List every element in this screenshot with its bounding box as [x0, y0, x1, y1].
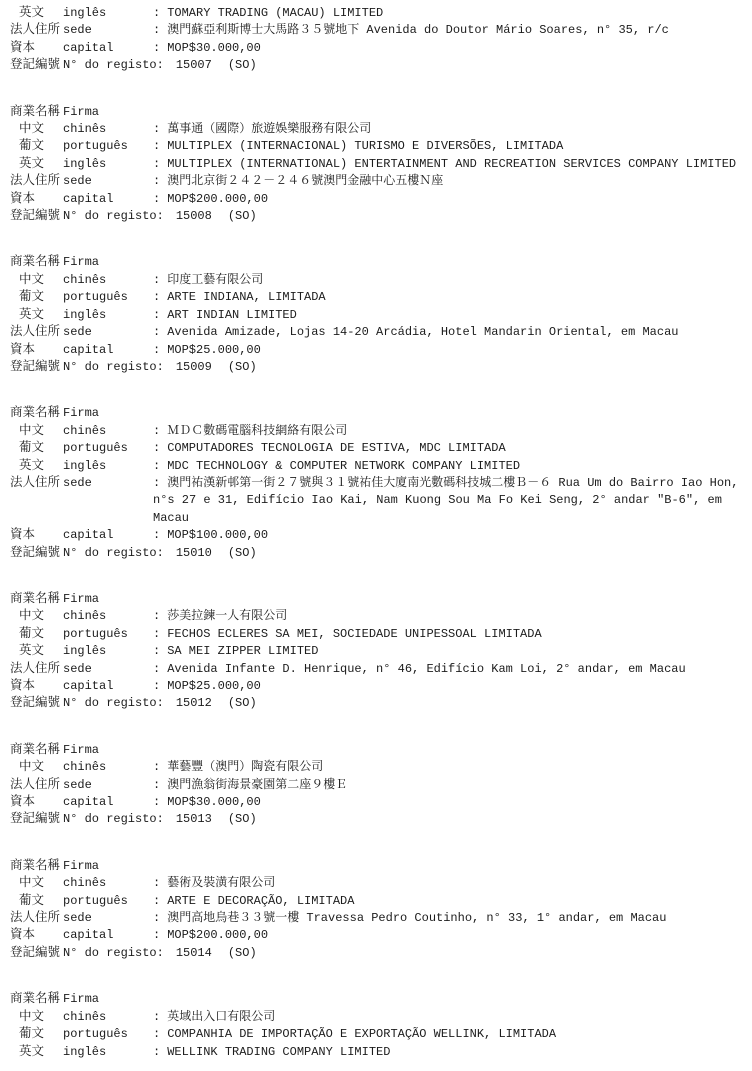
record-row: 商業名稱Firma	[10, 254, 746, 271]
colon-separator: :	[153, 191, 160, 208]
colon-separator: :	[153, 527, 160, 544]
record-row: 資本capital:MOP$200.000,00	[10, 927, 746, 944]
field-label-zh: 法人住所	[10, 475, 63, 492]
record-row: 商業名稱Firma	[10, 991, 746, 1008]
colon-separator: :	[153, 626, 160, 643]
field-label-zh: 葡文	[10, 440, 63, 457]
record-row: 商業名稱Firma	[10, 858, 746, 875]
field-label-zh: 中文	[10, 423, 63, 440]
field-value: :ARTE INDIANA, LIMITADA	[153, 289, 746, 306]
colon-separator: :	[153, 40, 160, 57]
record-row: 法人住所sede:Avenida Infante D. Henrique, n°…	[10, 661, 746, 678]
value-text: MULTIPLEX (INTERNATIONAL) ENTERTAINMENT …	[167, 157, 736, 171]
field-label-zh: 法人住所	[10, 661, 63, 678]
colon-separator: :	[153, 678, 160, 695]
field-label-pt: Firma	[63, 858, 153, 875]
field-label-pt: chinês	[63, 121, 153, 138]
field-label-zh: 葡文	[10, 626, 63, 643]
field-label-zh: 商業名稱	[10, 991, 63, 1008]
record-block: 英文inglês:TOMARY TRADING (MACAU) LIMITED法…	[10, 5, 746, 75]
colon-separator: :	[153, 156, 160, 173]
colon-separator: :	[153, 173, 160, 190]
colon-separator: :	[153, 5, 160, 22]
field-label-zh: 登記編號	[10, 811, 63, 828]
value-text: COMPUTADORES TECNOLOGIA DE ESTIVA, MDC L…	[167, 441, 505, 455]
field-label-zh: 資本	[10, 927, 63, 944]
field-label-pt: N° do registo:	[63, 57, 164, 74]
colon-separator: :	[153, 1009, 160, 1026]
value-text: SA MEI ZIPPER LIMITED	[167, 644, 318, 658]
value-text: MDC TECHNOLOGY & COMPUTER NETWORK COMPAN…	[167, 459, 520, 473]
record-row: 葡文português:ARTE INDIANA, LIMITADA	[10, 289, 746, 306]
record-row: 登記編號N° do registo:15014(SO)	[10, 945, 746, 962]
record-row: 葡文português:COMPUTADORES TECNOLOGIA DE E…	[10, 440, 746, 457]
field-label-zh: 法人住所	[10, 777, 63, 794]
field-label-zh: 英文	[10, 1044, 63, 1061]
record-block: 商業名稱Firma中文chinês:莎美拉鍊一人有限公司葡文português:…	[10, 591, 746, 713]
record-row: 法人住所sede:澳門高地烏巷３３號一樓 Travessa Pedro Cout…	[10, 910, 746, 927]
field-label-zh: 英文	[10, 307, 63, 324]
colon-separator: :	[153, 875, 160, 892]
value-text: 印度工藝有限公司	[167, 273, 263, 287]
value-text: 澳門高地烏巷３３號一樓 Travessa Pedro Coutinho, n° …	[167, 911, 666, 925]
field-label-pt: capital	[63, 678, 153, 695]
record-row: 英文inglês:SA MEI ZIPPER LIMITED	[10, 643, 746, 660]
value-text: MULTIPLEX (INTERNACIONAL) TURISMO E DIVE…	[167, 139, 563, 153]
field-value: :澳門漁翁街海景豪園第二座９樓Ｅ	[153, 777, 746, 794]
colon-separator: :	[153, 910, 160, 927]
field-value: :MOP$25.000,00	[153, 342, 746, 359]
colon-separator: :	[153, 440, 160, 457]
field-value: :藝術及裝潢有限公司	[153, 875, 746, 892]
field-value: :華藝豐（澳門）陶瓷有限公司	[153, 759, 746, 776]
registration-suffix: (SO)	[228, 359, 257, 376]
field-value: :MOP$30.000,00	[153, 794, 746, 811]
value-text: Avenida Amizade, Lojas 14-20 Arcádia, Ho…	[167, 325, 678, 339]
field-value: :MDC TECHNOLOGY & COMPUTER NETWORK COMPA…	[153, 458, 746, 475]
field-label-zh: 中文	[10, 1009, 63, 1026]
field-label-zh: 資本	[10, 678, 63, 695]
field-label-pt: N° do registo:	[63, 545, 164, 562]
field-value: :MULTIPLEX (INTERNATIONAL) ENTERTAINMENT…	[153, 156, 746, 173]
value-text: WELLINK TRADING COMPANY LIMITED	[167, 1045, 390, 1059]
colon-separator: :	[153, 289, 160, 306]
field-label-zh: 商業名稱	[10, 858, 63, 875]
field-label-zh: 法人住所	[10, 910, 63, 927]
field-label-pt: chinês	[63, 423, 153, 440]
field-label-pt: Firma	[63, 742, 153, 759]
record-row: 商業名稱Firma	[10, 405, 746, 422]
registration-suffix: (SO)	[228, 545, 257, 562]
record-row: 法人住所sede:Avenida Amizade, Lojas 14-20 Ar…	[10, 324, 746, 341]
field-label-pt: N° do registo:	[63, 208, 164, 225]
registration-number: 15008	[176, 208, 212, 225]
field-label-zh: 葡文	[10, 893, 63, 910]
field-value: :澳門祐漢新邨第一街２７號與３１號祐佳大廈南光數碼科技城二樓Ｂ－６ Rua Um…	[153, 475, 746, 527]
colon-separator: :	[153, 307, 160, 324]
record-row: 中文chinês:華藝豐（澳門）陶瓷有限公司	[10, 759, 746, 776]
field-label-pt: português	[63, 138, 153, 155]
colon-separator: :	[153, 324, 160, 341]
field-label-pt: português	[63, 440, 153, 457]
record-row: 中文chinês:莎美拉鍊一人有限公司	[10, 608, 746, 625]
field-label-pt: capital	[63, 40, 153, 57]
field-label-zh: 葡文	[10, 289, 63, 306]
field-label-pt: sede	[63, 777, 153, 794]
field-label-zh: 法人住所	[10, 324, 63, 341]
registration-number: 15009	[176, 359, 212, 376]
field-value: :COMPANHIA DE IMPORTAÇÃO E EXPORTAÇÃO WE…	[153, 1026, 746, 1043]
field-label-zh: 葡文	[10, 138, 63, 155]
field-label-zh: 資本	[10, 191, 63, 208]
record-row: 中文chinês:印度工藝有限公司	[10, 272, 746, 289]
value-text: 莎美拉鍊一人有限公司	[167, 609, 287, 623]
field-label-pt: inglês	[63, 458, 153, 475]
field-value: :莎美拉鍊一人有限公司	[153, 608, 746, 625]
field-label-zh: 中文	[10, 875, 63, 892]
field-label-pt: Firma	[63, 405, 153, 422]
field-value: :ARTE E DECORAÇÃO, LIMITADA	[153, 893, 746, 910]
field-label-zh: 英文	[10, 643, 63, 660]
field-label-zh: 登記編號	[10, 57, 63, 74]
field-label-zh: 中文	[10, 272, 63, 289]
field-label-zh: 商業名稱	[10, 742, 63, 759]
field-value: :MOP$25.000,00	[153, 678, 746, 695]
field-label-pt: capital	[63, 794, 153, 811]
registration-suffix: (SO)	[228, 695, 257, 712]
field-label-pt: português	[63, 626, 153, 643]
record-row: 資本capital:MOP$200.000,00	[10, 191, 746, 208]
field-label-pt: N° do registo:	[63, 359, 164, 376]
field-label-zh: 商業名稱	[10, 405, 63, 422]
field-label-pt: chinês	[63, 1009, 153, 1026]
field-label-pt: N° do registo:	[63, 811, 164, 828]
value-text: 澳門蘇亞利斯博士大馬路３５號地下 Avenida do Doutor Mário…	[167, 23, 669, 37]
record-row: 葡文português:COMPANHIA DE IMPORTAÇÃO E EX…	[10, 1026, 746, 1043]
value-text: ART INDIAN LIMITED	[167, 308, 297, 322]
record-block: 商業名稱Firma中文chinês:ＭＤＣ數碼電腦科技網絡有限公司葡文portu…	[10, 405, 746, 562]
field-label-zh: 英文	[10, 5, 63, 22]
value-text: 藝術及裝潢有限公司	[167, 876, 275, 890]
record-row: 法人住所sede:澳門蘇亞利斯博士大馬路３５號地下 Avenida do Dou…	[10, 22, 746, 39]
record-row: 商業名稱Firma	[10, 591, 746, 608]
colon-separator: :	[153, 272, 160, 289]
record-block: 商業名稱Firma中文chinês:英域出入口有限公司葡文português:C…	[10, 991, 746, 1061]
colon-separator: :	[153, 458, 160, 475]
record-row: 登記編號N° do registo:15008(SO)	[10, 208, 746, 225]
field-label-pt: capital	[63, 342, 153, 359]
field-value: :Avenida Infante D. Henrique, n° 46, Edi…	[153, 661, 746, 678]
field-label-pt: inglês	[63, 643, 153, 660]
record-block: 商業名稱Firma中文chinês:藝術及裝潢有限公司葡文português:A…	[10, 858, 746, 962]
field-label-pt: Firma	[63, 104, 153, 121]
field-label-pt: inglês	[63, 307, 153, 324]
value-text: 澳門漁翁街海景豪園第二座９樓Ｅ	[167, 778, 347, 792]
record-row: 中文chinês:萬事通（國際）旅遊娛樂服務有限公司	[10, 121, 746, 138]
value-text: 華藝豐（澳門）陶瓷有限公司	[167, 760, 323, 774]
field-value: :ART INDIAN LIMITED	[153, 307, 746, 324]
record-row: 商業名稱Firma	[10, 104, 746, 121]
record-row: 葡文português:MULTIPLEX (INTERNACIONAL) TU…	[10, 138, 746, 155]
value-text: MOP$30.000,00	[167, 795, 261, 809]
field-label-zh: 中文	[10, 608, 63, 625]
field-value: :澳門高地烏巷３３號一樓 Travessa Pedro Coutinho, n°…	[153, 910, 746, 927]
field-label-zh: 中文	[10, 121, 63, 138]
colon-separator: :	[153, 1044, 160, 1061]
field-label-zh: 資本	[10, 342, 63, 359]
record-row: 英文inglês:MDC TECHNOLOGY & COMPUTER NETWO…	[10, 458, 746, 475]
record-row: 資本capital:MOP$100.000,00	[10, 527, 746, 544]
value-text: ARTE E DECORAÇÃO, LIMITADA	[167, 894, 354, 908]
value-text: 澳門祐漢新邨第一街２７號與３１號祐佳大廈南光數碼科技城二樓Ｂ－６ Rua Um …	[153, 476, 746, 525]
colon-separator: :	[153, 643, 160, 660]
record-block: 商業名稱Firma中文chinês:華藝豐（澳門）陶瓷有限公司法人住所sede:…	[10, 742, 746, 829]
record-block: 商業名稱Firma中文chinês:印度工藝有限公司葡文português:AR…	[10, 254, 746, 376]
field-label-zh: 資本	[10, 794, 63, 811]
field-label-pt: inglês	[63, 1044, 153, 1061]
registration-suffix: (SO)	[228, 208, 257, 225]
record-row: 葡文português:ARTE E DECORAÇÃO, LIMITADA	[10, 893, 746, 910]
field-value: :MOP$100.000,00	[153, 527, 746, 544]
field-label-pt: português	[63, 1026, 153, 1043]
field-label-pt: capital	[63, 191, 153, 208]
registration-suffix: (SO)	[228, 811, 257, 828]
registration-suffix: (SO)	[228, 945, 257, 962]
field-label-zh: 商業名稱	[10, 254, 63, 271]
field-label-pt: capital	[63, 927, 153, 944]
record-row: 資本capital:MOP$30.000,00	[10, 40, 746, 57]
field-label-zh: 資本	[10, 527, 63, 544]
field-label-pt: Firma	[63, 254, 153, 271]
field-label-zh: 商業名稱	[10, 591, 63, 608]
field-label-pt: sede	[63, 910, 153, 927]
record-row: 資本capital:MOP$25.000,00	[10, 678, 746, 695]
field-label-zh: 英文	[10, 458, 63, 475]
colon-separator: :	[153, 475, 160, 492]
field-label-zh: 資本	[10, 40, 63, 57]
field-value: :SA MEI ZIPPER LIMITED	[153, 643, 746, 660]
field-label-zh: 商業名稱	[10, 104, 63, 121]
value-text: MOP$25.000,00	[167, 343, 261, 357]
colon-separator: :	[153, 138, 160, 155]
field-label-pt: sede	[63, 173, 153, 190]
value-text: MOP$200.000,00	[167, 928, 268, 942]
value-text: MOP$100.000,00	[167, 528, 268, 542]
field-value: :MULTIPLEX (INTERNACIONAL) TURISMO E DIV…	[153, 138, 746, 155]
colon-separator: :	[153, 608, 160, 625]
gazette-page: 英文inglês:TOMARY TRADING (MACAU) LIMITED法…	[0, 0, 752, 1071]
colon-separator: :	[153, 927, 160, 944]
colon-separator: :	[153, 794, 160, 811]
field-value: :COMPUTADORES TECNOLOGIA DE ESTIVA, MDC …	[153, 440, 746, 457]
field-label-pt: capital	[63, 527, 153, 544]
field-value: :英域出入口有限公司	[153, 1009, 746, 1026]
value-text: 英域出入口有限公司	[167, 1010, 275, 1024]
field-label-zh: 登記編號	[10, 545, 63, 562]
field-label-pt: inglês	[63, 156, 153, 173]
registration-number: 15012	[176, 695, 212, 712]
field-value: :澳門北京街２４２－２４６號澳門金融中心五樓Ｎ座	[153, 173, 746, 190]
record-row: 葡文português:FECHOS ECLERES SA MEI, SOCIE…	[10, 626, 746, 643]
field-label-pt: sede	[63, 324, 153, 341]
field-label-zh: 法人住所	[10, 22, 63, 39]
record-row: 英文inglês:WELLINK TRADING COMPANY LIMITED	[10, 1044, 746, 1061]
field-label-zh: 葡文	[10, 1026, 63, 1043]
registration-suffix: (SO)	[228, 57, 257, 74]
field-label-zh: 登記編號	[10, 695, 63, 712]
record-row: 登記編號N° do registo:15009(SO)	[10, 359, 746, 376]
field-label-pt: português	[63, 289, 153, 306]
value-text: Avenida Infante D. Henrique, n° 46, Edif…	[167, 662, 685, 676]
colon-separator: :	[153, 893, 160, 910]
value-text: COMPANHIA DE IMPORTAÇÃO E EXPORTAÇÃO WEL…	[167, 1027, 556, 1041]
record-row: 英文inglês:ART INDIAN LIMITED	[10, 307, 746, 324]
record-row: 登記編號N° do registo:15012(SO)	[10, 695, 746, 712]
field-label-pt: sede	[63, 22, 153, 39]
field-value: :MOP$200.000,00	[153, 191, 746, 208]
record-row: 法人住所sede:澳門北京街２４２－２４６號澳門金融中心五樓Ｎ座	[10, 173, 746, 190]
registration-number: 15010	[176, 545, 212, 562]
colon-separator: :	[153, 777, 160, 794]
field-value: :印度工藝有限公司	[153, 272, 746, 289]
value-text: 澳門北京街２４２－２４６號澳門金融中心五樓Ｎ座	[167, 174, 443, 188]
record-row: 資本capital:MOP$25.000,00	[10, 342, 746, 359]
record-row: 法人住所sede:澳門漁翁街海景豪園第二座９樓Ｅ	[10, 777, 746, 794]
field-value: :MOP$30.000,00	[153, 40, 746, 57]
colon-separator: :	[153, 22, 160, 39]
colon-separator: :	[153, 121, 160, 138]
value-text: TOMARY TRADING (MACAU) LIMITED	[167, 6, 383, 20]
value-text: ＭＤＣ數碼電腦科技網絡有限公司	[167, 424, 347, 438]
field-label-zh: 登記編號	[10, 208, 63, 225]
field-label-pt: N° do registo:	[63, 695, 164, 712]
value-text: MOP$25.000,00	[167, 679, 261, 693]
field-label-zh: 中文	[10, 759, 63, 776]
colon-separator: :	[153, 661, 160, 678]
field-label-zh: 法人住所	[10, 173, 63, 190]
record-row: 中文chinês:英域出入口有限公司	[10, 1009, 746, 1026]
field-label-zh: 登記編號	[10, 359, 63, 376]
record-row: 法人住所sede:澳門祐漢新邨第一街２７號與３１號祐佳大廈南光數碼科技城二樓Ｂ－…	[10, 475, 746, 527]
record-row: 中文chinês:藝術及裝潢有限公司	[10, 875, 746, 892]
colon-separator: :	[153, 1026, 160, 1043]
colon-separator: :	[153, 342, 160, 359]
field-value: :Avenida Amizade, Lojas 14-20 Arcádia, H…	[153, 324, 746, 341]
field-label-pt: inglês	[63, 5, 153, 22]
field-value: :MOP$200.000,00	[153, 927, 746, 944]
field-label-pt: chinês	[63, 272, 153, 289]
field-label-pt: chinês	[63, 608, 153, 625]
value-text: FECHOS ECLERES SA MEI, SOCIEDADE UNIPESS…	[167, 627, 541, 641]
field-label-pt: chinês	[63, 759, 153, 776]
field-value: :ＭＤＣ數碼電腦科技網絡有限公司	[153, 423, 746, 440]
colon-separator: :	[153, 759, 160, 776]
field-value: :FECHOS ECLERES SA MEI, SOCIEDADE UNIPES…	[153, 626, 746, 643]
value-text: MOP$30.000,00	[167, 41, 261, 55]
colon-separator: :	[153, 423, 160, 440]
record-row: 中文chinês:ＭＤＣ數碼電腦科技網絡有限公司	[10, 423, 746, 440]
record-row: 登記編號N° do registo:15013(SO)	[10, 811, 746, 828]
value-text: MOP$200.000,00	[167, 192, 268, 206]
registration-number: 15013	[176, 811, 212, 828]
field-label-pt: português	[63, 893, 153, 910]
registration-number: 15014	[176, 945, 212, 962]
record-row: 商業名稱Firma	[10, 742, 746, 759]
field-label-pt: Firma	[63, 591, 153, 608]
record-row: 登記編號N° do registo:15007(SO)	[10, 57, 746, 74]
field-value: :澳門蘇亞利斯博士大馬路３５號地下 Avenida do Doutor Mári…	[153, 22, 746, 39]
field-label-pt: sede	[63, 661, 153, 678]
field-label-pt: sede	[63, 475, 153, 492]
field-label-pt: chinês	[63, 875, 153, 892]
record-row: 英文inglês:MULTIPLEX (INTERNATIONAL) ENTER…	[10, 156, 746, 173]
field-label-pt: Firma	[63, 991, 153, 1008]
field-label-zh: 登記編號	[10, 945, 63, 962]
record-row: 資本capital:MOP$30.000,00	[10, 794, 746, 811]
value-text: 萬事通（國際）旅遊娛樂服務有限公司	[167, 122, 371, 136]
record-row: 英文inglês:TOMARY TRADING (MACAU) LIMITED	[10, 5, 746, 22]
record-row: 登記編號N° do registo:15010(SO)	[10, 545, 746, 562]
record-block: 商業名稱Firma中文chinês:萬事通（國際）旅遊娛樂服務有限公司葡文por…	[10, 104, 746, 226]
value-text: ARTE INDIANA, LIMITADA	[167, 290, 325, 304]
field-value: :萬事通（國際）旅遊娛樂服務有限公司	[153, 121, 746, 138]
field-label-pt: N° do registo:	[63, 945, 164, 962]
registration-number: 15007	[176, 57, 212, 74]
field-value: :TOMARY TRADING (MACAU) LIMITED	[153, 5, 746, 22]
field-value: :WELLINK TRADING COMPANY LIMITED	[153, 1044, 746, 1061]
field-label-zh: 英文	[10, 156, 63, 173]
